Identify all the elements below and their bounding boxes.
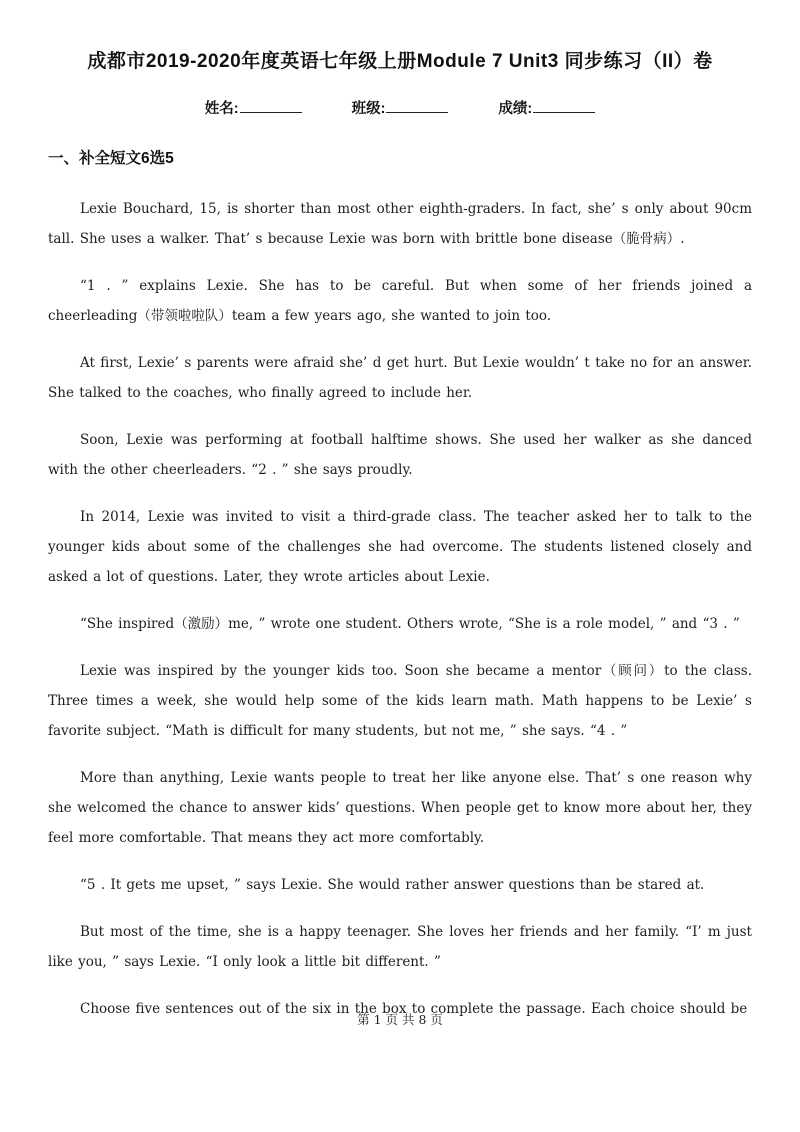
score-blank-line xyxy=(533,100,595,113)
passage-paragraph-3: At first, Lexie’ s parents were afraid s… xyxy=(48,348,752,408)
passage-paragraph-6: “She inspired（激励）me, ” wrote one student… xyxy=(48,609,752,639)
name-field: 姓名: xyxy=(205,97,302,118)
worksheet-page: 成都市2019-2020年度英语七年级上册Module 7 Unit3 同步练习… xyxy=(0,0,800,1132)
passage-paragraph-1: Lexie Bouchard, 15, is shorter than most… xyxy=(48,194,752,254)
class-blank-line xyxy=(386,100,448,113)
passage-paragraph-2: “1 . ” explains Lexie. She has to be car… xyxy=(48,271,752,331)
class-field-label: 班级: xyxy=(352,101,386,117)
document-title: 成都市2019-2020年度英语七年级上册Module 7 Unit3 同步练习… xyxy=(0,0,800,73)
student-info-fields: 姓名: 班级: 成绩: xyxy=(0,97,800,118)
section-heading: 一、补全短文6选5 xyxy=(48,146,800,168)
passage-paragraph-5: In 2014, Lexie was invited to visit a th… xyxy=(48,502,752,592)
name-field-label: 姓名: xyxy=(205,101,239,117)
score-field: 成绩: xyxy=(498,97,595,118)
passage-paragraph-10: But most of the time, she is a happy tee… xyxy=(48,917,752,977)
name-blank-line xyxy=(240,100,302,113)
class-field: 班级: xyxy=(352,97,449,118)
score-field-label: 成绩: xyxy=(498,101,532,117)
reading-passage: Lexie Bouchard, 15, is shorter than most… xyxy=(48,194,752,1024)
passage-paragraph-7: Lexie was inspired by the younger kids t… xyxy=(48,656,752,746)
passage-paragraph-9: “5 . It gets me upset, ” says Lexie. She… xyxy=(48,870,752,900)
passage-paragraph-8: More than anything, Lexie wants people t… xyxy=(48,763,752,853)
passage-paragraph-4: Soon, Lexie was performing at football h… xyxy=(48,425,752,485)
